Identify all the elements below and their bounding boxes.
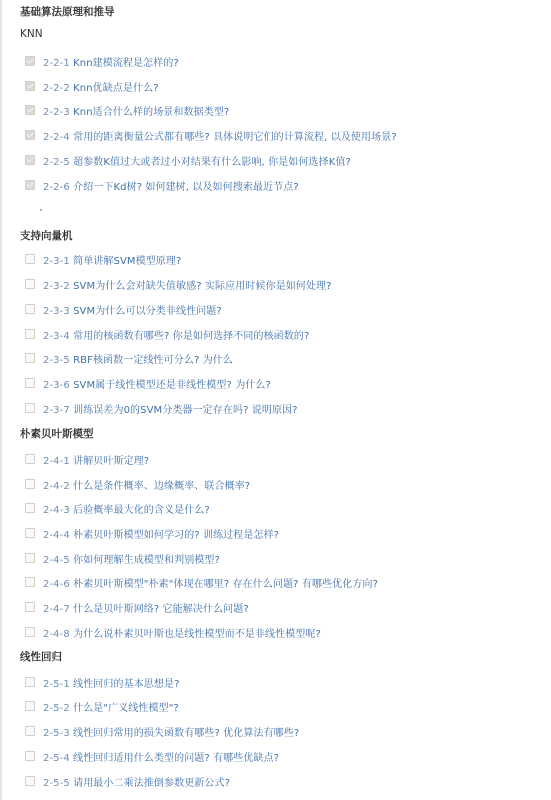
task-link[interactable]: 2-4-2 什么是条件概率、边缘概率、联合概率?	[43, 477, 250, 492]
checkbox-unchecked-icon[interactable]	[25, 454, 35, 464]
task-link[interactable]: 2-2-2 Knn优缺点是什么?	[43, 79, 159, 94]
checkbox-unchecked-icon[interactable]	[25, 329, 35, 339]
task-item[interactable]: 2-4-2 什么是条件概率、边缘概率、联合概率?	[25, 476, 250, 492]
checkbox-unchecked-icon[interactable]	[25, 353, 35, 363]
left-margin-rule	[0, 0, 2, 800]
checkbox-checked-icon[interactable]	[25, 180, 35, 190]
task-link[interactable]: 2-4-1 讲解贝叶斯定理?	[43, 452, 149, 467]
checkbox-checked-icon[interactable]	[25, 130, 35, 140]
checkbox-unchecked-icon[interactable]	[25, 776, 35, 786]
checkbox-unchecked-icon[interactable]	[25, 677, 35, 687]
task-item[interactable]: 2-2-5 超参数K值过大或者过小对结果有什么影响, 你是如何选择K值?	[25, 152, 351, 168]
task-item[interactable]: 2-5-3 线性回归常用的损失函数有哪些? 优化算法有哪些?	[25, 723, 299, 739]
task-item[interactable]: 2-5-2 什么是"广义线性模型"?	[25, 698, 179, 714]
checkbox-unchecked-icon[interactable]	[25, 751, 35, 761]
task-item[interactable]: 2-5-4 线性回归适用什么类型的问题? 有哪些优缺点?	[25, 748, 279, 764]
task-item[interactable]: 2-3-7 训练误差为0的SVM分类器一定存在吗? 说明原因?	[25, 400, 298, 416]
checkbox-unchecked-icon[interactable]	[25, 627, 35, 637]
task-item[interactable]: 2-3-2 SVM为什么会对缺失值敏感? 实际应用时候你是如何处理?	[25, 276, 332, 292]
checkbox-unchecked-icon[interactable]	[25, 279, 35, 289]
task-link[interactable]: 2-3-1 简单讲解SVM模型原理?	[43, 252, 181, 267]
checkbox-unchecked-icon[interactable]	[25, 701, 35, 711]
task-link[interactable]: 2-3-2 SVM为什么会对缺失值敏感? 实际应用时候你是如何处理?	[43, 277, 332, 292]
checkbox-unchecked-icon[interactable]	[25, 503, 35, 513]
task-link[interactable]: 2-3-7 训练误差为0的SVM分类器一定存在吗? 说明原因?	[43, 401, 298, 416]
checkbox-unchecked-icon[interactable]	[25, 479, 35, 489]
task-link[interactable]: 2-4-3 后验概率最大化的含义是什么?	[43, 501, 210, 516]
task-item[interactable]: 2-2-1 Knn建模流程是怎样的?	[25, 53, 179, 69]
section-heading-linear-regression: 线性回归	[20, 649, 62, 664]
task-link[interactable]: 2-3-5 RBF核函数一定线性可分么? 为什么	[43, 351, 233, 366]
checkbox-unchecked-icon[interactable]	[25, 254, 35, 264]
task-item[interactable]: 2-5-5 请用最小二乘法推倒参数更新公式?	[25, 773, 230, 789]
task-item[interactable]: 2-4-8 为什么说朴素贝叶斯也是线性模型而不是非线性模型呢?	[25, 624, 321, 640]
section-heading-knn: KNN	[20, 28, 43, 40]
task-item[interactable]: 2-3-6 SVM属于线性模型还是非线性模型? 为什么?	[25, 375, 271, 391]
task-item[interactable]: 2-4-4 朴素贝叶斯模型如何学习的? 训练过程是怎样?	[25, 525, 279, 541]
task-item[interactable]: 2-5-1 线性回归的基本思想是?	[25, 674, 180, 690]
checkbox-unchecked-icon[interactable]	[25, 528, 35, 538]
task-link[interactable]: 2-2-3 Knn适合什么样的场景和数据类型?	[43, 103, 229, 118]
task-item[interactable]: 2-3-3 SVM为什么可以分类非线性问题?	[25, 301, 222, 317]
task-link[interactable]: 2-5-3 线性回归常用的损失函数有哪些? 优化算法有哪些?	[43, 724, 299, 739]
checkbox-unchecked-icon[interactable]	[25, 304, 35, 314]
checkbox-checked-icon[interactable]	[25, 81, 35, 91]
task-item[interactable]: 2-2-6 介绍一下Kd树? 如何建树, 以及如何搜索最近节点?	[25, 177, 299, 193]
task-item[interactable]: 2-3-1 简单讲解SVM模型原理?	[25, 251, 181, 267]
task-link[interactable]: 2-5-5 请用最小二乘法推倒参数更新公式?	[43, 774, 230, 789]
section-heading-naive-bayes: 朴素贝叶斯模型	[20, 426, 94, 441]
task-link[interactable]: 2-4-5 你如何理解生成模型和判别模型?	[43, 551, 220, 566]
checkbox-unchecked-icon[interactable]	[25, 602, 35, 612]
task-item[interactable]: 2-3-4 常用的核函数有哪些? 你是如何选择不同的核函数的?	[25, 326, 309, 342]
task-link[interactable]: 2-4-8 为什么说朴素贝叶斯也是线性模型而不是非线性模型呢?	[43, 625, 321, 640]
task-link[interactable]: 2-5-2 什么是"广义线性模型"?	[43, 699, 179, 714]
task-link[interactable]: 2-4-4 朴素贝叶斯模型如何学习的? 训练过程是怎样?	[43, 526, 279, 541]
checkbox-unchecked-icon[interactable]	[25, 553, 35, 563]
section-heading-svm: 支持向量机	[20, 228, 73, 243]
checkbox-unchecked-icon[interactable]	[25, 378, 35, 388]
task-link[interactable]: 2-3-6 SVM属于线性模型还是非线性模型? 为什么?	[43, 376, 271, 391]
task-link[interactable]: 2-2-4 常用的距离衡量公式都有哪些? 具体说明它们的计算流程, 以及使用场景…	[43, 128, 397, 143]
task-item[interactable]: 2-2-3 Knn适合什么样的场景和数据类型?	[25, 102, 229, 118]
task-item[interactable]: 2-3-5 RBF核函数一定线性可分么? 为什么	[25, 350, 233, 366]
task-item[interactable]: 2-4-3 后验概率最大化的含义是什么?	[25, 500, 210, 516]
task-item[interactable]: 2-2-4 常用的距离衡量公式都有哪些? 具体说明它们的计算流程, 以及使用场景…	[25, 127, 397, 143]
task-link[interactable]: 2-3-4 常用的核函数有哪些? 你是如何选择不同的核函数的?	[43, 327, 309, 342]
task-link[interactable]: 2-5-4 线性回归适用什么类型的问题? 有哪些优缺点?	[43, 749, 279, 764]
task-item[interactable]: 2-2-2 Knn优缺点是什么?	[25, 78, 159, 94]
task-item[interactable]: 2-4-6 朴素贝叶斯模型"朴素"体现在哪里? 存在什么问题? 有哪些优化方向?	[25, 574, 378, 590]
task-link[interactable]: 2-3-3 SVM为什么可以分类非线性问题?	[43, 302, 222, 317]
task-link[interactable]: 2-4-6 朴素贝叶斯模型"朴素"体现在哪里? 存在什么问题? 有哪些优化方向?	[43, 575, 378, 590]
task-link[interactable]: 2-2-1 Knn建模流程是怎样的?	[43, 54, 179, 69]
task-item[interactable]: 2-4-7 什么是贝叶斯网络? 它能解决什么问题?	[25, 599, 249, 615]
checkbox-unchecked-icon[interactable]	[25, 577, 35, 587]
task-link[interactable]: 2-4-7 什么是贝叶斯网络? 它能解决什么问题?	[43, 600, 249, 615]
checkbox-unchecked-icon[interactable]	[25, 726, 35, 736]
checkbox-checked-icon[interactable]	[25, 105, 35, 115]
empty-list-bullet	[40, 209, 42, 211]
task-item[interactable]: 2-4-5 你如何理解生成模型和判别模型?	[25, 550, 220, 566]
task-link[interactable]: 2-2-6 介绍一下Kd树? 如何建树, 以及如何搜索最近节点?	[43, 178, 299, 193]
task-link[interactable]: 2-2-5 超参数K值过大或者过小对结果有什么影响, 你是如何选择K值?	[43, 153, 351, 168]
task-link[interactable]: 2-5-1 线性回归的基本思想是?	[43, 675, 180, 690]
checkbox-checked-icon[interactable]	[25, 155, 35, 165]
page-title: 基础算法原理和推导	[20, 4, 115, 19]
task-item[interactable]: 2-4-1 讲解贝叶斯定理?	[25, 451, 149, 467]
checkbox-unchecked-icon[interactable]	[25, 403, 35, 413]
checkbox-checked-icon[interactable]	[25, 56, 35, 66]
